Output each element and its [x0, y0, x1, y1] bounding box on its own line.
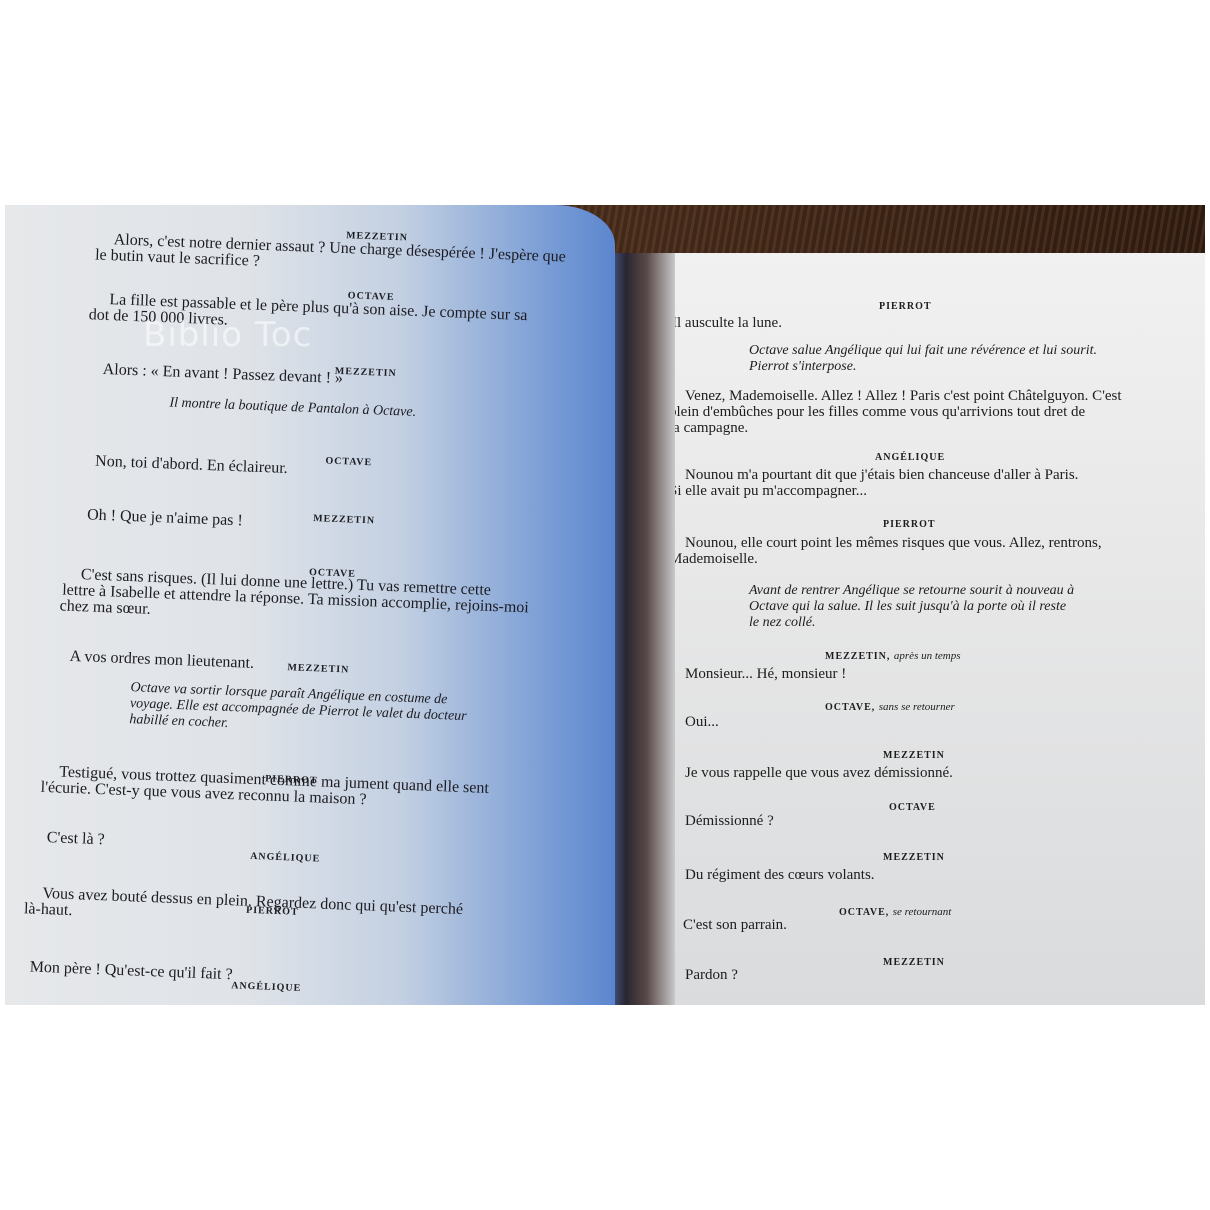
dialogue-line: Mon père ! Qu'est-ce qu'il fait ? [29, 959, 233, 985]
speaker-name: MEZZETIN [335, 366, 397, 379]
book-photo: PIERROT Il ausculte la lune. Octave salu… [5, 205, 1205, 1005]
speaker-name: MEZZETIN [313, 513, 375, 526]
dialogue-line: A vos ordres mon lieutenant. [69, 648, 254, 673]
dialogue-line: Nounou, elle court point les mêmes risqu… [685, 535, 1102, 552]
book-gutter-shadow [605, 253, 675, 1005]
speaker-name: PIERROT [879, 301, 932, 312]
dialogue-line: Oh ! Que je n'aime pas ! [87, 506, 243, 530]
speaker-name: MEZZETIN [883, 852, 945, 863]
dialogue-line: là-haut. [24, 900, 73, 920]
speaker-name: ANGÉLIQUE [875, 452, 945, 463]
dialogue-line: chez ma sœur. [59, 597, 151, 618]
dialogue-line: plein d'embûches pour les filles comme v… [669, 404, 1085, 421]
dialogue-line: Il ausculte la lune. [672, 315, 782, 332]
dialogue-line: Je vous rappelle que vous avez démission… [685, 765, 953, 782]
dialogue-line: C'est son parrain. [683, 917, 787, 934]
dialogue-line: Nounou m'a pourtant dit que j'étais bien… [685, 467, 1078, 484]
speaker-name: OCTAVE, sans se retourner [825, 701, 955, 713]
speaker-name: MEZZETIN [883, 957, 945, 968]
dialogue-line: C'est là ? [46, 829, 105, 849]
stage-direction: Avant de rentrer Angélique se retourne s… [749, 583, 1074, 599]
speaker-name: MEZZETIN [883, 750, 945, 761]
stage-direction: Il montre la boutique de Pantalon à Octa… [169, 395, 416, 420]
watermark: Biblio Toc [143, 315, 312, 355]
dialogue-line: Si elle avait pu m'accompagner... [669, 483, 867, 500]
speaker-name: MEZZETIN, après un temps [825, 650, 961, 662]
dialogue-line: la campagne. [669, 420, 748, 437]
left-page: MEZZETIN Alors, c'est notre dernier assa… [5, 205, 615, 1005]
speaker-name: ANGÉLIQUE [250, 851, 320, 865]
dialogue-line: Démissionné ? [685, 813, 774, 830]
dialogue-line: Du régiment des cœurs volants. [685, 867, 875, 884]
dialogue-line: Mademoiselle. [669, 551, 758, 568]
dialogue-line: Oui... [685, 714, 719, 731]
speaker-name: PIERROT [883, 519, 936, 530]
stage-direction: Octave salue Angélique qui lui fait une … [749, 343, 1097, 359]
dialogue-line: Non, toi d'abord. En éclaireur. [95, 453, 288, 478]
speaker-name: OCTAVE [325, 455, 372, 468]
stage-direction: le nez collé. [749, 615, 815, 631]
dialogue-line: Pardon ? [685, 967, 738, 984]
stage-direction: Pierrot s'interpose. [749, 359, 856, 375]
right-page: PIERROT Il ausculte la lune. Octave salu… [617, 253, 1205, 1005]
dialogue-line: Monsieur... Hé, monsieur ! [685, 666, 846, 683]
speaker-name: ANGÉLIQUE [231, 980, 301, 994]
stage-direction: Octave qui la salue. Il les suit jusqu'à… [749, 599, 1066, 615]
speaker-name: OCTAVE [889, 802, 936, 813]
dialogue-line: Alors : « En avant ! Passez devant ! » [102, 361, 343, 388]
stage-direction: habillé en cocher. [129, 712, 229, 732]
dialogue-line: Venez, Mademoiselle. Allez ! Allez ! Par… [685, 388, 1122, 405]
speaker-name: OCTAVE, se retournant [839, 906, 951, 918]
speaker-name: MEZZETIN [287, 662, 349, 675]
